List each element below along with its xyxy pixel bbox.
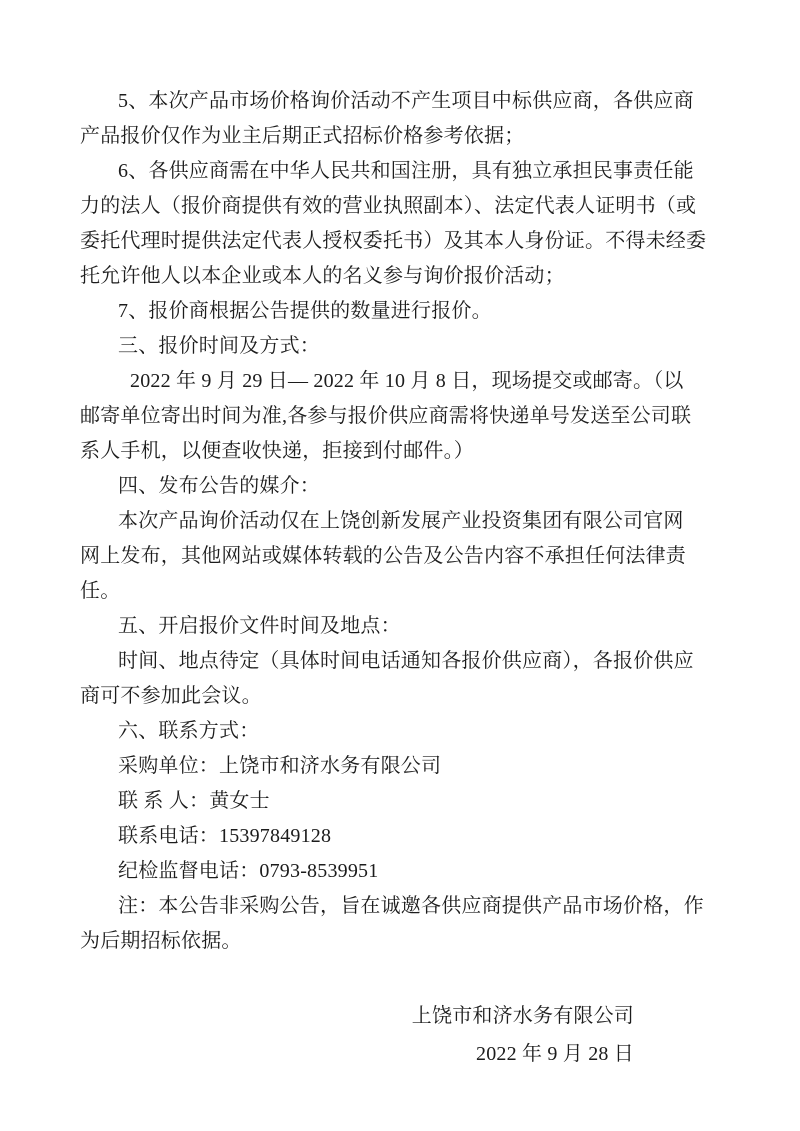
clause-6-line-2: 力的法人（报价商提供有效的营业执照副本）、法定代表人证明书（或 [80,189,720,224]
media-line-2: 网上发布，其他网站或媒体转载的公告及公告内容不承担任何法律责 [80,539,720,574]
contact-person-line: 联 系 人：黄女士 [80,784,720,819]
signature-block: 上饶市和济水务有限公司 2022 年 9 月 28 日 [80,997,720,1073]
contact-phone-line: 联系电话：15397849128 [80,819,720,854]
signature-company: 上饶市和济水务有限公司 [80,997,634,1035]
clause-6-line-4: 托允许他人以本企业或本人的名义参与询价报价活动； [80,259,720,294]
clause-6-line-3: 委托代理时提供法定代表人授权委托书）及其本人身份证。不得未经委 [80,224,720,259]
opening-time-line-2: 商可不参加此会议。 [80,679,720,714]
section-4-heading: 四、发布公告的媒介： [80,469,720,504]
media-line-3: 任。 [80,574,720,609]
section-6-heading: 六、联系方式： [80,714,720,749]
document-page: 5、本次产品市场价格询价活动不产生项目中标供应商，各供应商 产品报价仅作为业主后… [0,0,800,1131]
contact-unit-line: 采购单位：上饶市和济水务有限公司 [80,749,720,784]
section-3-heading: 三、报价时间及方式： [80,329,720,364]
note-line-2: 为后期招标依据。 [80,924,720,959]
clause-5-line-1: 5、本次产品市场价格询价活动不产生项目中标供应商，各供应商 [80,84,720,119]
clause-7-line: 7、报价商根据公告提供的数量进行报价。 [80,294,720,329]
note-line-1: 注：本公告非采购公告，旨在诚邀各供应商提供产品市场价格，作 [80,889,720,924]
quote-period-line-2: 邮寄单位寄出时间为准,各参与报价供应商需将快递单号发送至公司联 [80,399,720,434]
clause-5-line-2: 产品报价仅作为业主后期正式招标价格参考依据； [80,119,720,154]
quote-period-line-3: 系人手机，以便查收快递，拒接到付邮件。） [80,434,720,469]
signature-date: 2022 年 9 月 28 日 [80,1035,634,1073]
opening-time-line-1: 时间、地点待定（具体时间电话通知各报价供应商），各报价供应 [80,644,720,679]
quote-period-line-1: 2022 年 9 月 29 日— 2022 年 10 月 8 日，现场提交或邮寄… [80,364,720,399]
signature-spacer [80,959,720,997]
document-body: 5、本次产品市场价格询价活动不产生项目中标供应商，各供应商 产品报价仅作为业主后… [0,0,800,1073]
clause-6-line-1: 6、各供应商需在中华人民共和国注册，具有独立承担民事责任能 [80,154,720,189]
media-line-1: 本次产品询价活动仅在上饶创新发展产业投资集团有限公司官网 [80,504,720,539]
supervision-phone-line: 纪检监督电话：0793-8539951 [80,854,720,889]
section-5-heading: 五、开启报价文件时间及地点： [80,609,720,644]
